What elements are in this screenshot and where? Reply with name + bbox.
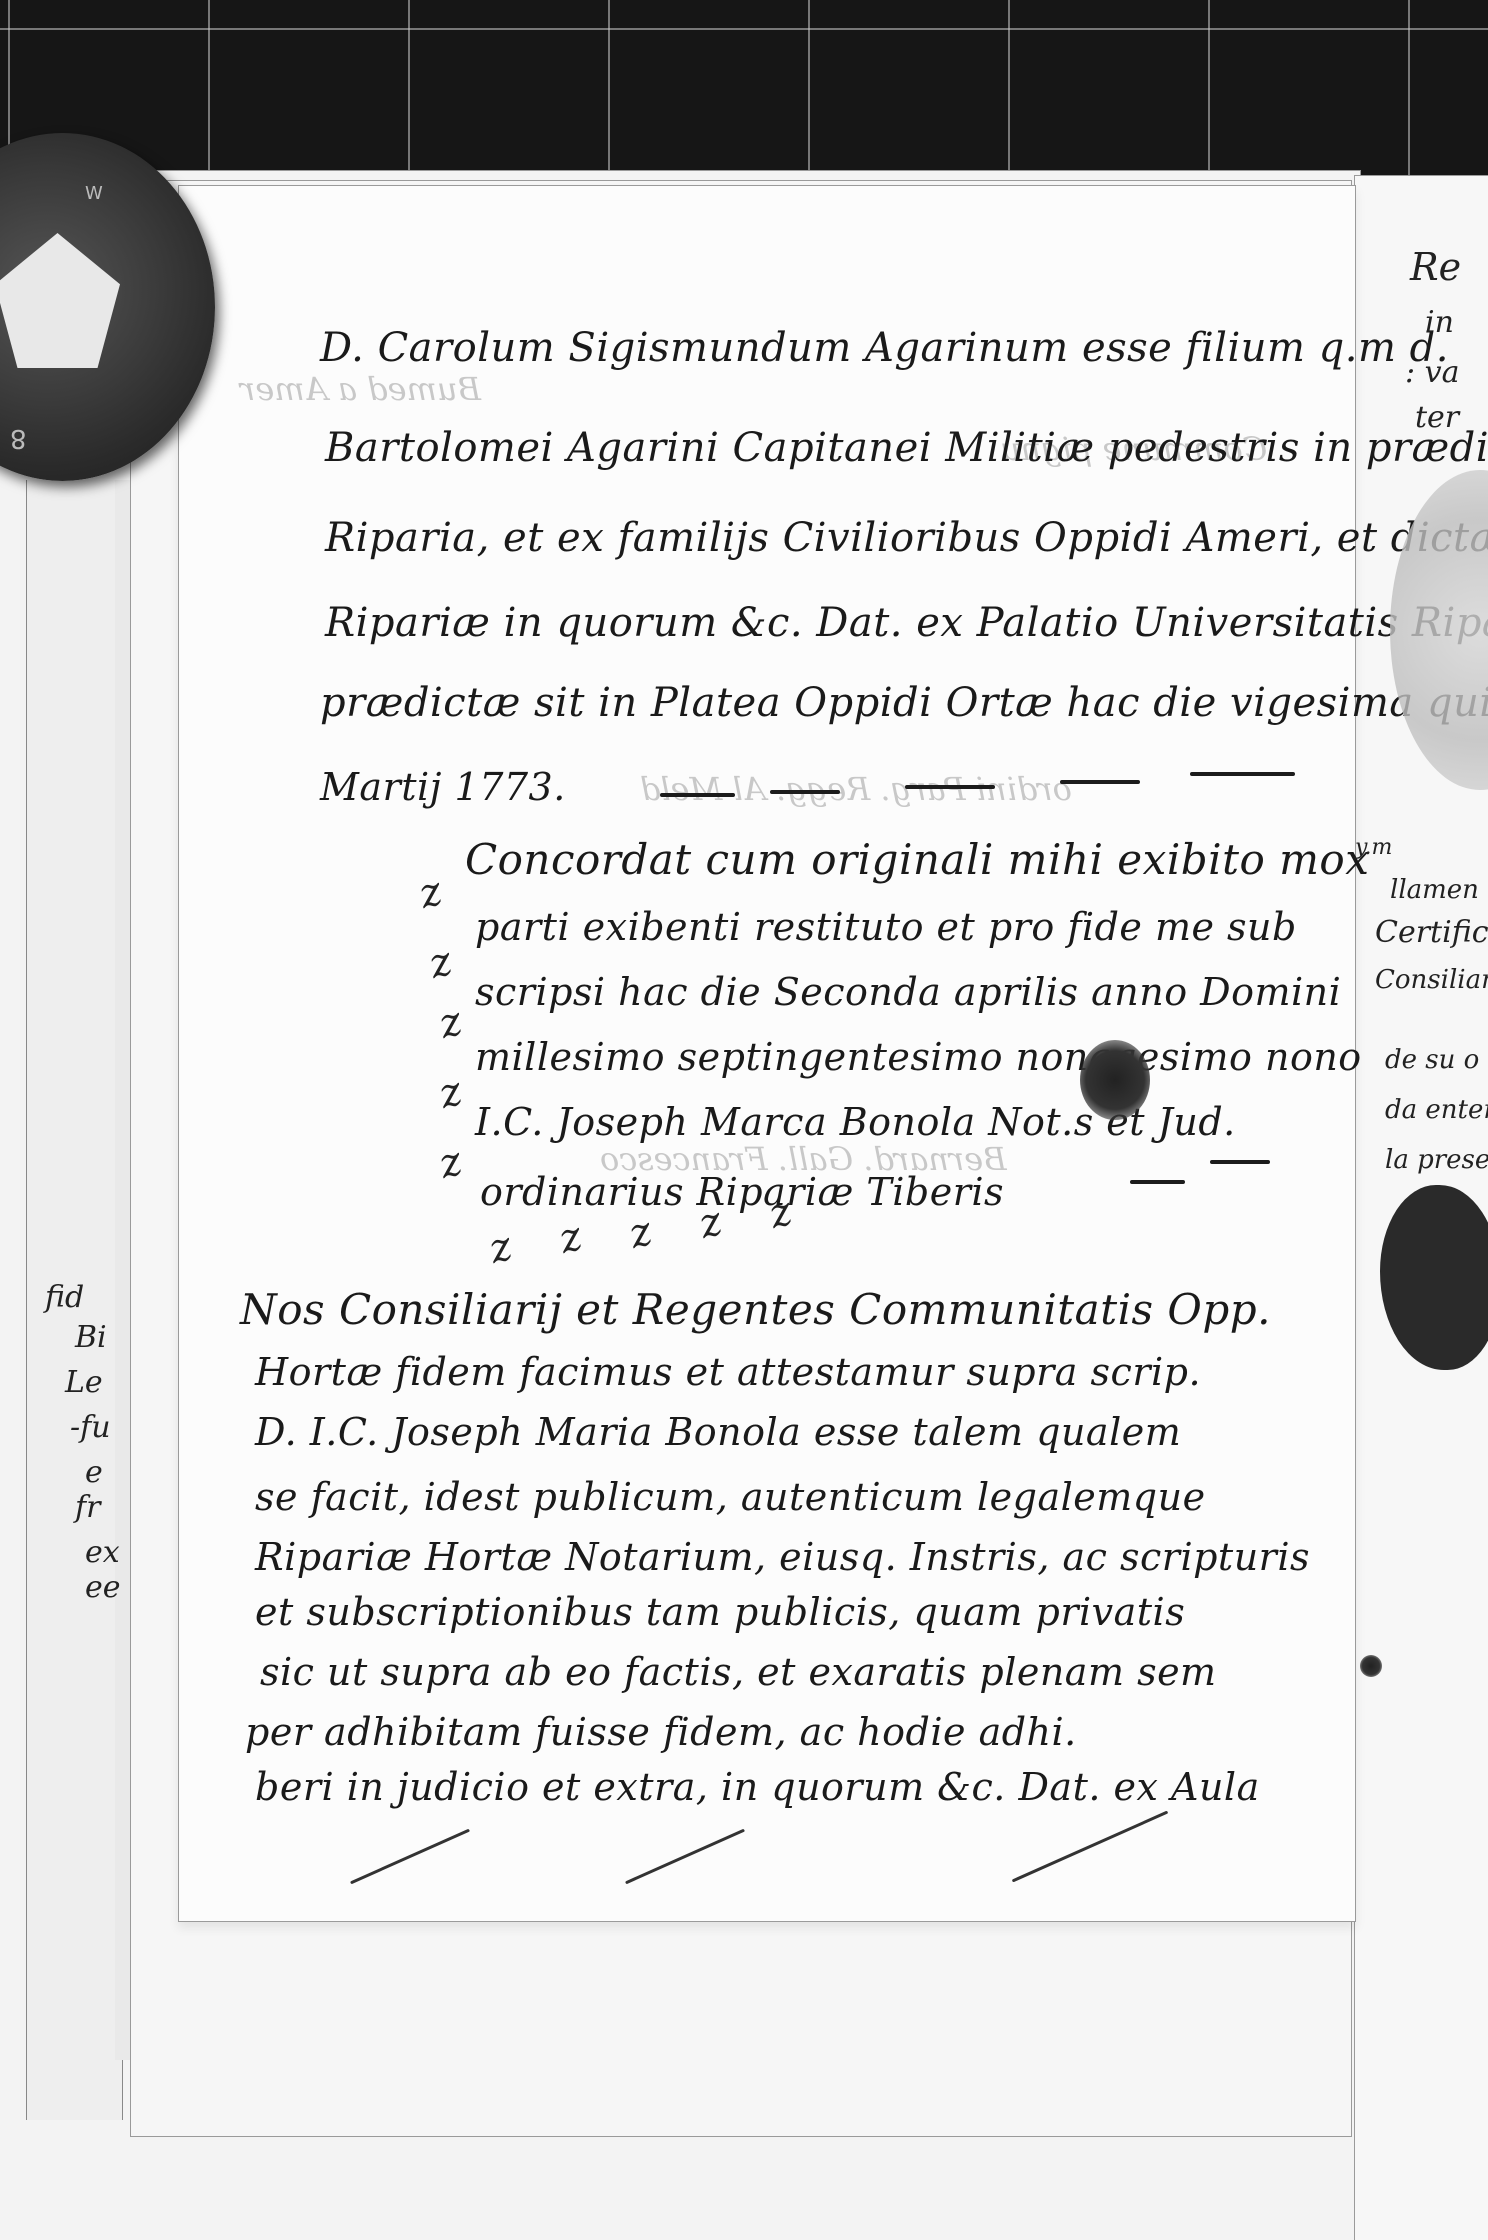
fragment-text: la presen — [1385, 1145, 1488, 1175]
text-line: Ripariæ in quorum &c. Dat. ex Palatio Un… — [325, 600, 1488, 646]
fragment-text: y.m — [1355, 835, 1392, 860]
text-line: D. Carolum Sigismundum Agarinum esse fil… — [320, 325, 1449, 371]
fragment-text: in — [1425, 305, 1454, 340]
bleed-through-text: ordini Parg. Regg. Al Meld — [640, 770, 1072, 808]
fragment-text: ter — [1415, 400, 1459, 435]
line-filler-dash — [1190, 772, 1295, 776]
text-line: Ripariæ Hortæ Notarium, eiusq. Instris, … — [255, 1535, 1310, 1579]
washer-stamp-8: 8 — [10, 423, 27, 453]
text-line-date: Martij 1773. — [320, 765, 566, 809]
fragment-text: -fu — [70, 1410, 111, 1445]
fragment-text: llamen — [1390, 875, 1479, 905]
ink-spot — [1360, 1655, 1382, 1677]
text-line: se facit, idest publicum, autenticum leg… — [255, 1475, 1206, 1519]
line-filler-dash — [1210, 1160, 1270, 1164]
fragment-text: e — [85, 1455, 103, 1490]
fragment-text: Re — [1410, 245, 1461, 289]
fragment-text: Bi — [75, 1320, 107, 1355]
line-filler-dash — [770, 790, 840, 794]
text-line: millesimo septingentesimo nonagesimo non… — [475, 1035, 1362, 1079]
fragment-text: Consiliar — [1375, 965, 1488, 995]
washer-stamp-w: W — [85, 183, 103, 204]
text-line: prædictæ sit in Platea Oppidi Ortæ hac d… — [320, 680, 1488, 726]
fragment-text: Certifico — [1375, 915, 1488, 950]
fragment-text: ex — [85, 1535, 120, 1570]
line-filler-dash — [660, 793, 735, 797]
text-line: scripsi hac die Seconda aprilis anno Dom… — [475, 970, 1341, 1014]
text-line: Riparia, et ex familijs Civilioribus Opp… — [325, 515, 1488, 561]
fragment-text: de su o — [1385, 1045, 1479, 1075]
fragment-text: Le — [65, 1365, 103, 1400]
text-line: parti exibenti restituto et pro fide me … — [475, 905, 1297, 949]
text-line: Hortæ fidem facimus et attestamur supra … — [255, 1350, 1201, 1394]
line-filler-dash — [1130, 1180, 1185, 1184]
text-line: beri in judicio et extra, in quorum &c. … — [255, 1765, 1260, 1809]
text-line: Nos Consiliarij et Regentes Communitatis… — [240, 1285, 1271, 1334]
ink-blot — [1080, 1040, 1150, 1120]
fragment-text: ee — [85, 1570, 121, 1605]
text-line: et subscriptionibus tam publicis, quam p… — [255, 1590, 1185, 1634]
line-filler-dash — [1060, 780, 1140, 784]
fragment-text: fr — [75, 1490, 100, 1525]
text-line: D. I.C. Joseph Maria Bonola esse talem q… — [255, 1410, 1181, 1454]
fragment-text: da enten — [1385, 1095, 1488, 1125]
text-line: Bartolomei Agarini Capitanei Militiæ ped… — [325, 425, 1488, 471]
fragment-text: fid — [45, 1280, 84, 1315]
text-line: per adhibitam fuisse fidem, ac hodie adh… — [245, 1710, 1077, 1754]
document-photograph: Bumed a Amer Commune pignu ordini Parg. … — [0, 0, 1488, 2240]
text-line: ordinarius Ripariæ Tiberis — [480, 1170, 1004, 1214]
text-line: Concordat cum originali mihi exibito mox — [465, 835, 1369, 884]
text-line: sic ut supra ab eo factis, et exaratis p… — [260, 1650, 1217, 1694]
grid-cutting-mat — [0, 0, 1488, 185]
pentagon-hole-icon — [0, 233, 120, 368]
bleed-through-text: Bumed a Amer — [240, 370, 481, 408]
line-filler-dash — [905, 785, 995, 789]
fragment-text: : va — [1405, 355, 1459, 390]
